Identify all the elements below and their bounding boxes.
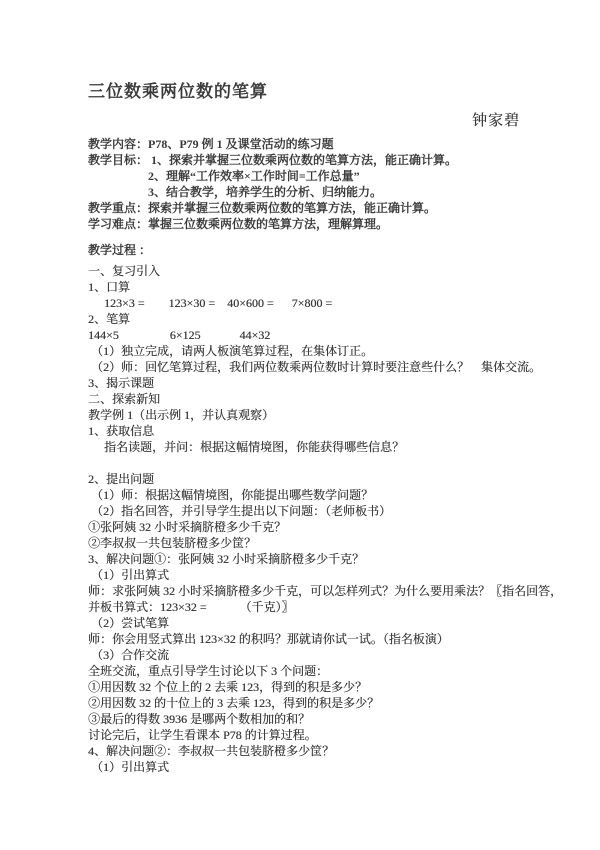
document-body: 教学内容：P78、P79 例 1 及课堂活动的练习题教学目标： 1、探索并掌握三… — [0, 136, 600, 775]
text-line: 学习难点：掌握三位数乘两位数的笔算方法，理解算理。 — [0, 216, 600, 232]
text-line: （3）合作交流 — [0, 647, 600, 663]
text-line: 师：求张阿姨 32 小时采摘脐橙多少千克，可以怎样列式？为什么要用乘法？〖指名回… — [0, 583, 600, 599]
text-line: 2、提出问题 — [0, 471, 600, 487]
text-line: 并板书算式：123×32 = （千克）〗 — [0, 599, 600, 615]
text-line: （1）引出算式 — [0, 759, 600, 775]
text-line: ②用因数 32 的十位上的 3 去乘 123，得到的积是多少？ — [0, 695, 600, 711]
text-line: 讨论完后，让学生看课本 P78 的计算过程。 — [0, 727, 600, 743]
text-line: 2、笔算 — [0, 311, 600, 327]
text-line: 师：你会用竖式算出 123×32 的积吗？那就请你试一试。（指名板演） — [0, 631, 600, 647]
page-title: 三位数乘两位数的笔算 — [88, 77, 268, 102]
text-line: 二、探索新知 — [0, 391, 600, 407]
text-line: 全班交流，重点引导学生讨论以下 3 个问题： — [0, 663, 600, 679]
text-line: 3、揭示课题 — [0, 375, 600, 391]
text-line: 4、解决问题②：李叔叔一共包装脐橙多少筐？ — [0, 743, 600, 759]
text-line: （1）引出算式 — [0, 567, 600, 583]
text-line: （2）指名回答，并引导学生提出以下问题：（老师板书） — [0, 503, 600, 519]
text-line: 教学内容：P78、P79 例 1 及课堂活动的练习题 — [0, 136, 600, 152]
text-line: 123×3 = 123×30 = 40×600 = 7×800 = — [0, 295, 600, 311]
text-line: 144×5 6×125 44×32 — [0, 327, 600, 343]
text-line: 一、复习引入 — [0, 263, 600, 279]
text-line: ①用因数 32 个位上的 2 去乘 123，得到的积是多少？ — [0, 679, 600, 695]
text-line: 1、获取信息 — [0, 423, 600, 439]
text-line: （1）师：根据这幅情境图，你能提出哪些数学问题？ — [0, 487, 600, 503]
text-line: 教学过程 ： — [0, 242, 600, 258]
text-line: ③最后的得数 3936 是哪两个数相加的和？ — [0, 711, 600, 727]
text-line: （2）尝试笔算 — [0, 615, 600, 631]
text-line: 1、口算 — [0, 279, 600, 295]
text-line: （1）独立完成，请两人板演笔算过程，在集体订正。 — [0, 343, 600, 359]
text-line: 教学重点：探索并掌握三位数乘两位数的笔算方法，能正确计算。 — [0, 200, 600, 216]
text-line: 教学目标： 1、探索并掌握三位数乘两位数的笔算方法，能正确计算。 — [0, 152, 600, 168]
text-line: ②李叔叔一共包装脐橙多少筐？ — [0, 535, 600, 551]
text-line: ①张阿姨 32 小时采摘脐橙多少千克？ — [0, 519, 600, 535]
text-line: 3、结合教学，培养学生的分析、归纳能力。 — [0, 184, 600, 200]
author-name: 钟家碧 — [472, 109, 520, 130]
text-line: 指名读题，并问：根据这幅情境图，你能获得哪些信息？ — [0, 439, 600, 455]
text-line: （2）师：回忆笔算过程，我们两位数乘两位数时计算时要注意些什么？ 集体交流。 — [0, 359, 600, 375]
text-line: 3、解决问题①：张阿姨 32 小时采摘脐橙多少千克？ — [0, 551, 600, 567]
text-line: 教学例 1（出示例 1，并认真观察） — [0, 407, 600, 423]
text-line: 2、理解“工作效率×工作时间=工作总量” — [0, 168, 600, 184]
